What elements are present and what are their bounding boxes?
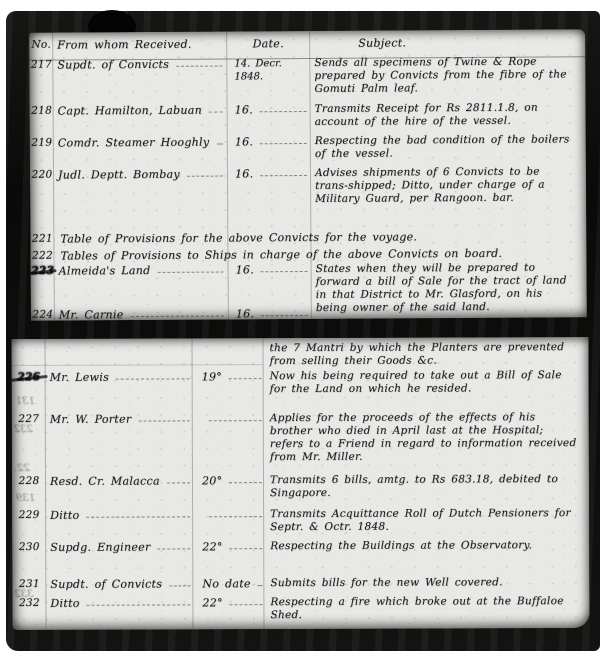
leader-line	[209, 508, 262, 517]
bleed-through-number: 131	[16, 396, 35, 407]
leader-line	[260, 135, 307, 144]
cell-from: Almeida's Land	[55, 263, 228, 277]
cell-no: 222	[30, 250, 54, 263]
cell-subject: Respecting a fire which broke out at the…	[266, 595, 589, 622]
cell-subject: Transmits 6 bills, amtg. to Rs 683.18, d…	[266, 473, 589, 500]
cell-from: Resd. Cr. Malacca	[46, 474, 194, 488]
cell-from: Capt. Hamilton, Labuan	[54, 103, 227, 117]
leader-line	[167, 474, 190, 483]
ledger-row-228: 228 Resd. Cr. Malacca 20° Transmits 6 bi…	[12, 473, 589, 501]
cell-no: 221	[30, 233, 54, 246]
ledger-row-222: 222 Tables of Provisions to Ships in cha…	[30, 246, 586, 262]
cell-no: 231	[12, 578, 46, 591]
leader-line	[260, 103, 307, 112]
column-header-date: Date.	[226, 37, 310, 51]
cell-no-blotted: 226	[12, 371, 46, 384]
cell-subject: Respecting the bad condition of the boil…	[311, 133, 586, 161]
cell-no: 220	[30, 169, 54, 182]
ledger-row-220: 220 Judl. Deptt. Bombay 16. Advises ship…	[30, 165, 586, 207]
cell-subject: Transmits Receipt for Rs 2811.1.8, on ac…	[311, 101, 586, 129]
cell-date: 22°	[194, 596, 266, 609]
leader-line	[216, 136, 222, 145]
cell-date: 16.	[227, 135, 311, 149]
leader-line	[130, 308, 223, 318]
column-header-from: From whom Received.	[53, 37, 226, 51]
cell-date: 16.	[228, 307, 312, 321]
cell-subject: Respecting the Buildings at the Observat…	[266, 539, 589, 553]
leader-line	[230, 540, 263, 549]
leader-line	[229, 370, 262, 379]
cell-date: 16.	[228, 263, 312, 277]
cell-date: 20°	[194, 474, 266, 487]
cell-subject: Sends all specimens of Twine & Rope prep…	[310, 55, 585, 96]
ledger-paper-bottom: the 7 Mantri by which the Planters are p…	[11, 337, 589, 630]
ledger-row-226: 226 Mr. Lewis 19° Now his being required…	[12, 369, 589, 397]
cell-date: No date	[194, 577, 266, 590]
leader-line	[258, 577, 263, 586]
cell-date	[194, 412, 266, 421]
column-header-row: No. From whom Received. Date. Subject.	[29, 35, 585, 51]
ruled-line	[12, 364, 263, 366]
cell-subject: Now his being required to take out a Bil…	[266, 369, 589, 396]
ledger-row-231: 231 Supdt. of Convicts No date Submits b…	[12, 576, 589, 591]
leader-line	[138, 412, 189, 421]
cell-spanning-entry: Table of Provisions for the above Convic…	[54, 229, 586, 245]
ledger-row-221: 221 Table of Provisions for the above Co…	[30, 229, 586, 245]
cell-from: Mr. W. Porter	[46, 412, 194, 426]
cell-no: 228	[12, 475, 46, 488]
cell-no: 217	[29, 59, 53, 72]
leader-line	[157, 540, 190, 549]
cell-from: Judl. Deptt. Bombay	[54, 167, 227, 181]
cell-no: 219	[30, 137, 54, 150]
ledger-paper-top: No. From whom Received. Date. Subject. 2…	[29, 29, 587, 320]
column-header-subject: Subject.	[310, 35, 585, 50]
cell-from: Supdt. of Convicts	[46, 577, 194, 591]
cell-no: 229	[12, 509, 46, 522]
cell-subject: Submits bills for the new Well covered.	[266, 576, 589, 590]
ledger-row-227: 227 Mr. W. Porter Applies for the procee…	[12, 411, 589, 465]
cell-from: Mr. Lewis	[46, 370, 194, 384]
cell-no-blotted: 223	[31, 265, 55, 278]
ledger-row-230: 230 Supdg. Engineer 22° Respecting the B…	[12, 539, 589, 554]
scanned-ledger-page: No. From whom Received. Date. Subject. 2…	[0, 0, 600, 657]
cell-from: Mr. Carnie	[55, 307, 228, 320]
cell-no: 227	[12, 413, 46, 426]
subject-continuation: the 7 Mantri by which the Planters are p…	[270, 341, 579, 368]
cell-no: 218	[30, 105, 54, 118]
ledger-row-219: 219 Comdr. Steamer Hooghly 16. Respectin…	[30, 133, 586, 162]
leader-line	[261, 263, 308, 272]
cell-no: 230	[12, 541, 46, 554]
column-header-no: No.	[29, 39, 53, 52]
leader-line	[116, 370, 190, 379]
cell-date: 16.	[227, 167, 311, 181]
ledger-row-218: 218 Capt. Hamilton, Labuan 16. Transmits…	[30, 101, 586, 130]
leader-line	[187, 168, 223, 177]
cell-no: 232	[12, 597, 46, 610]
cell-date: 19°	[194, 370, 266, 383]
cell-date: 16.	[227, 103, 311, 117]
cell-date	[194, 508, 266, 517]
leader-line	[229, 474, 262, 483]
ledger-row-229: 229 Ditto Transmits Acquittance Roll of …	[12, 507, 589, 535]
leader-line	[169, 577, 190, 586]
cell-spanning-entry: Tables of Provisions to Ships in charge …	[54, 246, 586, 262]
leader-line	[260, 167, 307, 176]
cell-subject: Transmits Acquittance Roll of Dutch Pens…	[266, 507, 589, 534]
leader-line	[209, 412, 262, 421]
cell-from: Ditto	[46, 508, 194, 522]
cell-from: Supdt. of Convicts	[53, 57, 226, 71]
cell-subject: Applies for the proceeds of the effects …	[266, 411, 589, 464]
leader-line	[261, 307, 308, 316]
leader-line	[87, 596, 191, 605]
leader-line	[86, 508, 190, 517]
cell-date: 14. Decr. 1848.	[226, 57, 310, 84]
cell-from: Supdg. Engineer	[46, 540, 194, 554]
leader-line	[230, 596, 263, 605]
cell-no: 224	[31, 309, 55, 321]
leader-line	[157, 264, 223, 273]
cell-date: 22°	[194, 540, 266, 553]
leader-line	[209, 104, 223, 113]
ledger-row-232: 232 Ditto 22° Respecting a fire which br…	[12, 595, 589, 623]
ledger-row-217: 217 Supdt. of Convicts 14. Decr. 1848. S…	[29, 55, 585, 97]
cell-subject: Advises shipments of 6 Convicts to be tr…	[311, 165, 586, 206]
cell-from: Comdr. Steamer Hooghly	[54, 135, 227, 149]
leader-line	[176, 58, 222, 67]
cell-from: Ditto	[46, 596, 194, 610]
